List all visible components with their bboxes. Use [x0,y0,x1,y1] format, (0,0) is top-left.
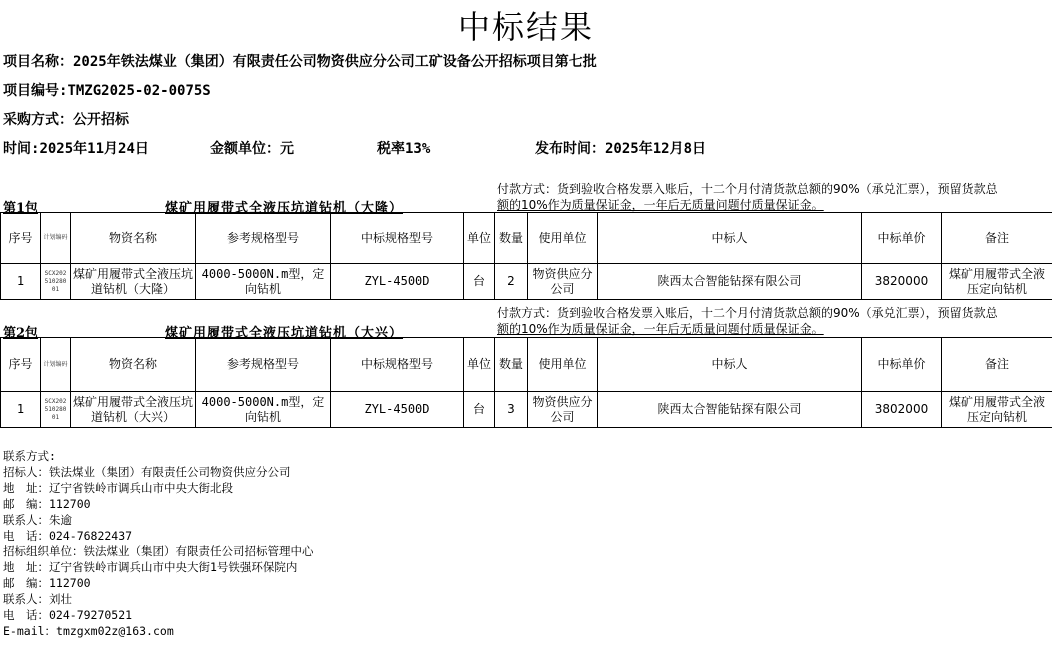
time-value: 2025年11月24日 [39,141,148,157]
cell-qty: 3 [495,392,528,428]
cell-plan-code: SCX202 510280 01 [41,392,71,428]
table-row: 1 SCX202 510280 01 煤矿用履带式全液压坑道钻机（大隆） 400… [1,264,1052,300]
project-name-label: 项目名称： [3,54,73,70]
plan-code-part-3: 01 [43,286,68,294]
col-header-win-spec: 中标规格型号 [331,338,464,392]
currency-label: 金额单位： [210,141,280,157]
publish-time-line: 发布时间：2025年12月8日 [535,138,706,158]
col-header-price: 中标单价 [862,338,942,392]
col-header-unit: 单位 [464,213,495,264]
payment-line-1: 付款方式：货到验收合格发票入账后，十二个月付清货款总额的90%（承兑汇票），预留… [497,305,1047,321]
col-header-plan-code: 计划编码 [41,338,71,392]
package-2-payment-terms: 付款方式：货到验收合格发票入账后，十二个月付清货款总额的90%（承兑汇票），预留… [497,305,1047,337]
cell-qty: 2 [495,264,528,300]
contact-agency-address: 地 址：辽宁省铁岭市调兵山市中央大街1号铁强环保院内 [3,560,314,576]
contact-agency-phone: 电 话：024-79270521 [3,608,314,624]
contact-agency-person: 联系人：刘壮 [3,592,314,608]
col-header-win-spec: 中标规格型号 [331,213,464,264]
cell-material: 煤矿用履带式全液压坑道钻机（大隆） [71,264,196,300]
cell-win-spec: ZYL-4500D [331,264,464,300]
cell-seq: 1 [1,392,41,428]
cell-remark: 煤矿用履带式全液压定向钻机 [942,392,1052,428]
cell-remark: 煤矿用履带式全液压定向钻机 [942,264,1052,300]
table-row: 1 SCX202 510280 01 煤矿用履带式全液压坑道钻机（大兴） 400… [1,392,1052,428]
table-header-row: 序号 计划编码 物资名称 参考规格型号 中标规格型号 单位 数量 使用单位 中标… [1,213,1052,264]
cell-price: 3802000 [862,392,942,428]
contact-tenderer: 招标人：铁法煤业（集团）有限责任公司物资供应分公司 [3,465,314,481]
project-name: 2025年铁法煤业（集团）有限责任公司物资供应分公司工矿设备公开招标项目第七批 [73,54,597,70]
cell-winner: 陕西太合智能钻探有限公司 [598,264,862,300]
col-header-unit: 单位 [464,338,495,392]
col-header-plan-code: 计划编码 [41,213,71,264]
col-header-material: 物资名称 [71,213,196,264]
contact-tenderer-person: 联系人：朱逾 [3,513,314,529]
col-header-ref-spec: 参考规格型号 [196,338,331,392]
contact-section: 联系方式: 招标人：铁法煤业（集团）有限责任公司物资供应分公司 地 址：辽宁省铁… [3,449,314,640]
table-header-row: 序号 计划编码 物资名称 参考规格型号 中标规格型号 单位 数量 使用单位 中标… [1,338,1052,392]
project-number-line: 项目编号:TMZG2025-02-0075S [3,80,211,100]
contact-tenderer-phone: 电 话：024-76822437 [3,529,314,545]
col-header-price: 中标单价 [862,213,942,264]
payment-line-1: 付款方式：货到验收合格发票入账后，十二个月付清货款总额的90%（承兑汇票），预留… [497,181,1047,197]
tax-label: 税率 [377,141,405,157]
time-label: 时间: [3,141,39,157]
plan-code-part-1: SCX202 [43,270,68,278]
contact-email: E-mail：tmzgxm02z@163.com [3,624,314,640]
cell-price: 3820000 [862,264,942,300]
cell-user-unit: 物资供应分公司 [528,392,598,428]
tax-line: 税率13% [377,138,430,158]
package-1-table: 序号 计划编码 物资名称 参考规格型号 中标规格型号 单位 数量 使用单位 中标… [0,212,1052,300]
project-number: TMZG2025-02-0075S [67,83,210,99]
payment-line-2: 额的10%作为质量保证金，一年后无质量问题付质量保证金。 [497,197,1047,213]
project-number-label: 项目编号: [3,83,67,99]
procurement-method-line: 采购方式：公开招标 [3,109,129,129]
col-header-winner: 中标人 [598,213,862,264]
package-1-payment-terms: 付款方式：货到验收合格发票入账后，十二个月付清货款总额的90%（承兑汇票），预留… [497,181,1047,213]
currency-line: 金额单位：元 [210,138,294,158]
publish-time-value: 2025年12月8日 [605,141,706,157]
col-header-seq: 序号 [1,338,41,392]
time-line: 时间:2025年11月24日 [3,138,149,158]
col-header-qty: 数量 [495,213,528,264]
project-name-line: 项目名称：2025年铁法煤业（集团）有限责任公司物资供应分公司工矿设备公开招标项… [3,51,597,71]
cell-user-unit: 物资供应分公司 [528,264,598,300]
col-header-ref-spec: 参考规格型号 [196,213,331,264]
cell-unit: 台 [464,264,495,300]
publish-time-label: 发布时间： [535,141,605,157]
plan-code-part-2: 510280 [43,278,68,286]
col-header-remark: 备注 [942,338,1052,392]
cell-ref-spec: 4000-5000N.m型，定向钻机 [196,392,331,428]
cell-seq: 1 [1,264,41,300]
cell-unit: 台 [464,392,495,428]
plan-code-part-3: 01 [43,414,68,422]
col-header-remark: 备注 [942,213,1052,264]
cell-material: 煤矿用履带式全液压坑道钻机（大兴） [71,392,196,428]
contact-tenderer-postcode: 邮 编：112700 [3,497,314,513]
col-header-qty: 数量 [495,338,528,392]
contact-tenderer-address: 地 址：辽宁省铁岭市调兵山市中央大街北段 [3,481,314,497]
procurement-method: 公开招标 [73,112,129,128]
col-header-user-unit: 使用单位 [528,338,598,392]
procurement-method-label: 采购方式： [3,112,73,128]
cell-win-spec: ZYL-4500D [331,392,464,428]
currency-value: 元 [280,141,294,157]
package-2-table: 序号 计划编码 物资名称 参考规格型号 中标规格型号 单位 数量 使用单位 中标… [0,337,1052,428]
cell-ref-spec: 4000-5000N.m型，定向钻机 [196,264,331,300]
contact-agency-postcode: 邮 编：112700 [3,576,314,592]
tax-value: 13% [405,141,430,157]
cell-plan-code: SCX202 510280 01 [41,264,71,300]
page-title: 中标结果 [458,2,594,48]
contact-heading: 联系方式: [3,449,314,465]
col-header-material: 物资名称 [71,338,196,392]
cell-winner: 陕西太合智能钻探有限公司 [598,392,862,428]
payment-line-2: 额的10%作为质量保证金，一年后无质量问题付质量保证金。 [497,321,1047,337]
plan-code-part-1: SCX202 [43,398,68,406]
col-header-seq: 序号 [1,213,41,264]
col-header-winner: 中标人 [598,338,862,392]
contact-agency: 招标组织单位：铁法煤业（集团）有限责任公司招标管理中心 [3,544,314,560]
col-header-user-unit: 使用单位 [528,213,598,264]
plan-code-part-2: 510280 [43,406,68,414]
